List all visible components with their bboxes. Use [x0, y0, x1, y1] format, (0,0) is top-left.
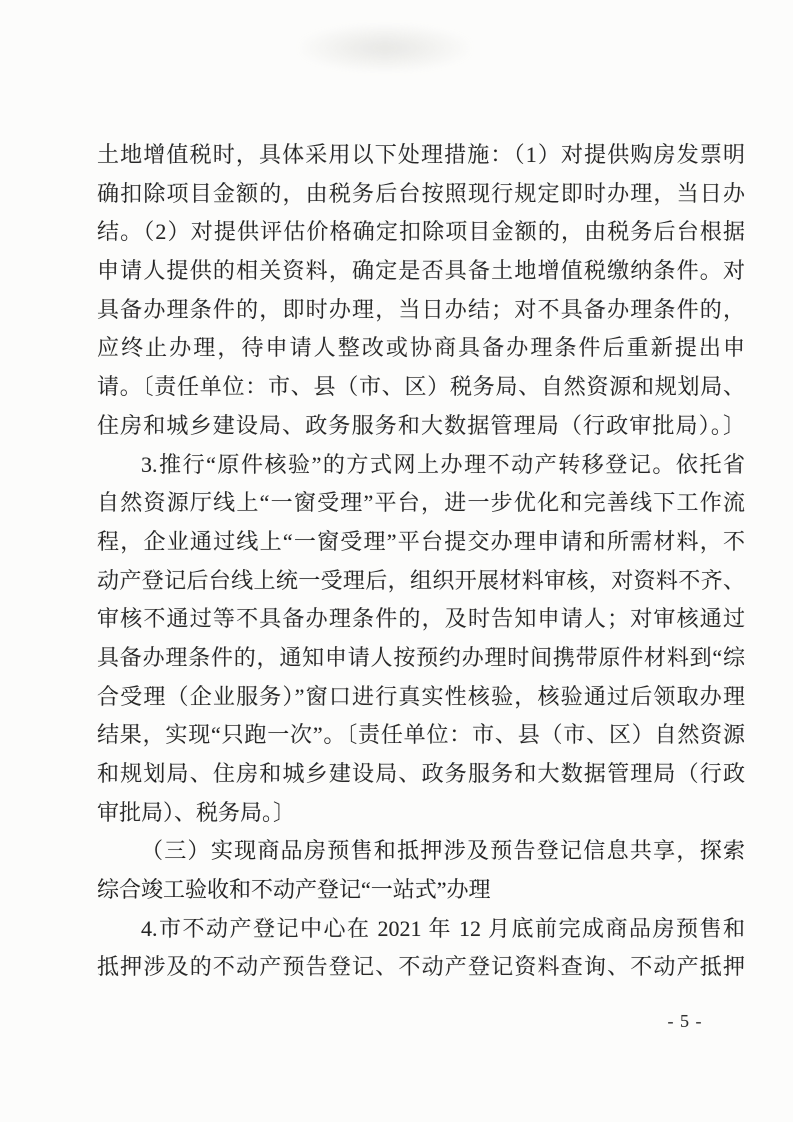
- body-line: 请。〔责任单位：市、县（市、区）税务局、自然资源和规划局、: [97, 368, 745, 407]
- body-line: 结。（2）对提供评估价格确定扣除项目金额的，由税务后台根据: [97, 213, 745, 252]
- body-line: 土地增值税时，具体采用以下处理措施：（1）对提供购房发票明: [97, 136, 745, 175]
- body-line: 合受理（企业服务）”窗口进行真实性核验，核验通过后领取办理: [97, 678, 745, 717]
- document-page: 土地增值税时，具体采用以下处理措施：（1）对提供购房发票明 确扣除项目金额的，由…: [0, 0, 793, 1122]
- body-line: 和规划局、住房和城乡建设局、政务服务和大数据管理局（行政: [97, 755, 745, 794]
- section-heading-line: （三）实现商品房预售和抵押涉及预告登记信息共享，探索: [97, 832, 745, 871]
- body-line: 抵押涉及的不动产预告登记、不动产登记资料查询、不动产抵押: [97, 948, 745, 987]
- body-line: 自然资源厅线上“一窗受理”平台，进一步优化和完善线下工作流: [97, 484, 745, 523]
- body-line: 具备办理条件的，即时办理，当日办结；对不具备办理条件的，: [97, 291, 745, 330]
- body-line: 程，企业通过线上“一窗受理”平台提交办理申请和所需材料，不: [97, 523, 745, 562]
- body-line-paragraph-end: 审批局）、税务局。〕: [97, 794, 745, 833]
- body-line-paragraph-start: 4.市不动产登记中心在 2021 年 12 月底前完成商品房预售和: [97, 910, 745, 949]
- body-line: 审核不通过等不具备办理条件的，及时告知申请人；对审核通过: [97, 600, 745, 639]
- scan-smudge-artifact: [300, 24, 470, 72]
- body-line: 具备办理条件的，通知申请人按预约办理时间携带原件材料到“综: [97, 639, 745, 678]
- section-heading-line: 综合竣工验收和不动产登记“一站式”办理: [97, 871, 745, 910]
- body-line: 应终止办理，待申请人整改或协商具备办理条件后重新提出申: [97, 329, 745, 368]
- body-line: 申请人提供的相关资料，确定是否具备土地增值税缴纳条件。对: [97, 252, 745, 291]
- body-line: 动产登记后台线上统一受理后，组织开展材料审核，对资料不齐、: [97, 562, 745, 601]
- document-body: 土地增值税时，具体采用以下处理措施：（1）对提供购房发票明 确扣除项目金额的，由…: [97, 136, 745, 987]
- body-line-paragraph-start: 3.推行“原件核验”的方式网上办理不动产转移登记。依托省: [97, 446, 745, 485]
- body-line: 住房和城乡建设局、政务服务和大数据管理局（行政审批局）。〕: [97, 407, 745, 446]
- body-line: 结果，实现“只跑一次”。〔责任单位：市、县（市、区）自然资源: [97, 716, 745, 755]
- page-number: - 5 -: [645, 1008, 725, 1034]
- body-line: 确扣除项目金额的，由税务后台按照现行规定即时办理，当日办: [97, 175, 745, 214]
